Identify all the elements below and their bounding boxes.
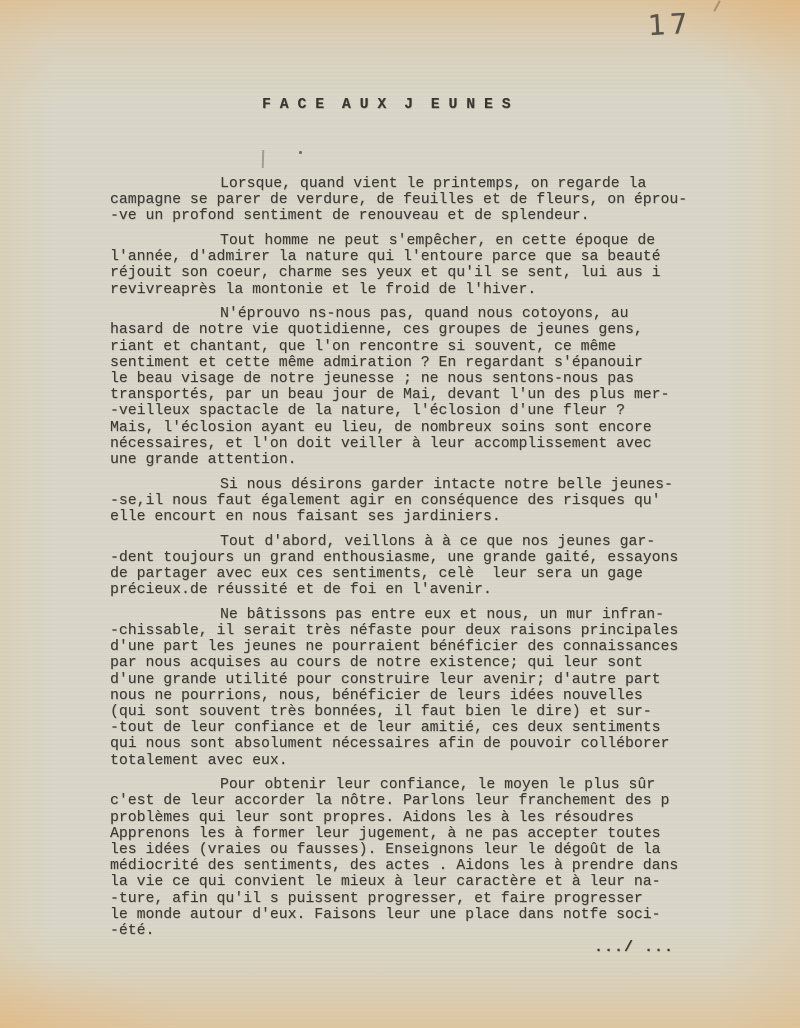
- stray-pen-mark-top: [713, 0, 720, 12]
- paragraph: Tout d'abord, veillons à à ce que nos je…: [110, 534, 742, 599]
- document-title: F A C E A U X J E U N E S: [262, 97, 511, 114]
- stray-dot-mark: [299, 151, 302, 154]
- paragraph: Tout homme ne peut s'empêcher, en cette …: [110, 233, 742, 298]
- paragraph: Si nous désirons garder intacte notre be…: [110, 477, 742, 526]
- document-page: 17 F A C E A U X J E U N E S Lorsque, qu…: [0, 0, 800, 1028]
- stray-tick-mark: [262, 150, 264, 168]
- paragraph: Pour obtenir leur confiance, le moyen le…: [110, 777, 742, 939]
- document-body: Lorsque, quand vient le printemps, on re…: [110, 176, 742, 948]
- page-number: 17: [647, 9, 692, 41]
- paragraph: Lorsque, quand vient le printemps, on re…: [110, 176, 742, 225]
- paragraph: Ne bâtissons pas entre eux et nous, un m…: [110, 607, 742, 769]
- paragraph: N'éprouvo ns-nous pas, quand nous cotoyo…: [110, 306, 742, 468]
- continuation-mark: .../ ...: [594, 940, 674, 956]
